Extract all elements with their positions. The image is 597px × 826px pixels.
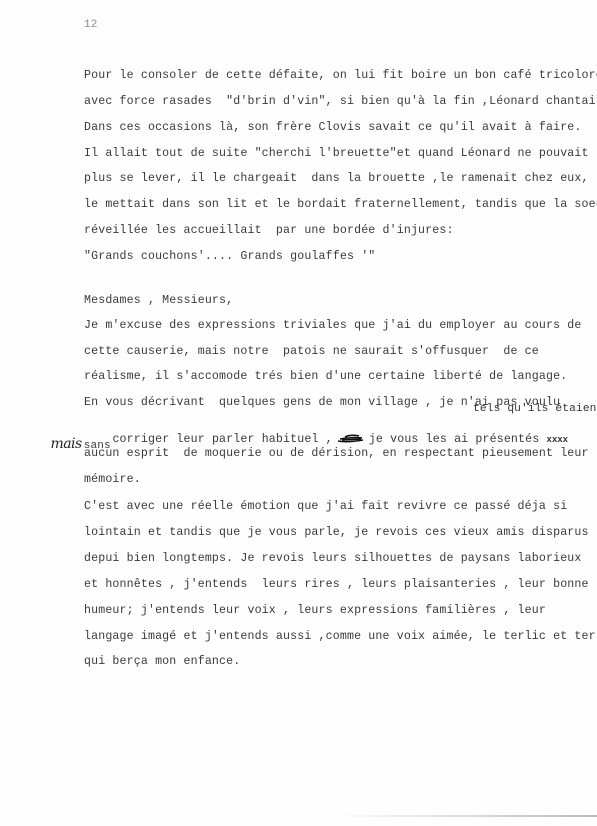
text-line: aucun esprit de moquerie ou de dérision,…	[84, 447, 589, 460]
text-line: depui bien longtemps. Je revois leurs si…	[84, 552, 582, 565]
text-line: Il allait tout de suite "cherchi l'breue…	[84, 147, 589, 160]
text-line: avec force rasades "d'brin d'vin", si bi…	[84, 95, 597, 108]
text-line: Dans ces occasions là, son frère Clovis …	[84, 121, 582, 134]
ink-scribble-icon	[337, 434, 365, 443]
text-line: humeur; j'entends leur voix , leurs expr…	[84, 604, 546, 617]
text-line: "Grands couchons'.... Grands goulaffes '…	[84, 250, 375, 263]
text-line: et honnêtes , j'entends leurs rires , le…	[84, 578, 589, 591]
text-line: qui berça mon enfance.	[84, 655, 240, 668]
text-segment: corriger leur parler habituel ,	[112, 433, 332, 446]
handwritten-note: mais	[50, 436, 81, 452]
page-number: 12	[84, 19, 98, 31]
text-segment: je vous les ai présentés	[369, 433, 540, 446]
typewritten-page: 12 Pour le consoler de cette défaite, on…	[0, 0, 597, 826]
text-line: Je m'excuse des expressions triviales qu…	[84, 319, 582, 332]
text-line: cette causerie, mais notre patois ne sau…	[84, 345, 539, 358]
strikeout-marks: xxxx	[546, 435, 568, 445]
page-edge-shadow	[330, 815, 597, 817]
text-line: langage imagé et j'entends aussi ,comme …	[84, 630, 597, 643]
text-line: C'est avec une réelle émotion que j'ai f…	[84, 500, 567, 513]
text-line: réveillée les accueillait par une bordée…	[84, 224, 454, 237]
text-line: plus se lever, il le chargeait dans la b…	[84, 172, 589, 185]
text-line: mémoire.	[84, 473, 141, 486]
text-line: le mettait dans son lit et le bordait fr…	[84, 198, 597, 211]
text-line: lointain et tandis que je vous parle, je…	[84, 526, 589, 539]
salutation: Mesdames , Messieurs,	[84, 294, 233, 307]
interlinear-insertion: tels qu'ils étaient	[473, 403, 597, 415]
text-line: réalisme, il s'accomode trés bien d'une …	[84, 370, 567, 383]
text-line: Pour le consoler de cette défaite, on lu…	[84, 69, 597, 82]
